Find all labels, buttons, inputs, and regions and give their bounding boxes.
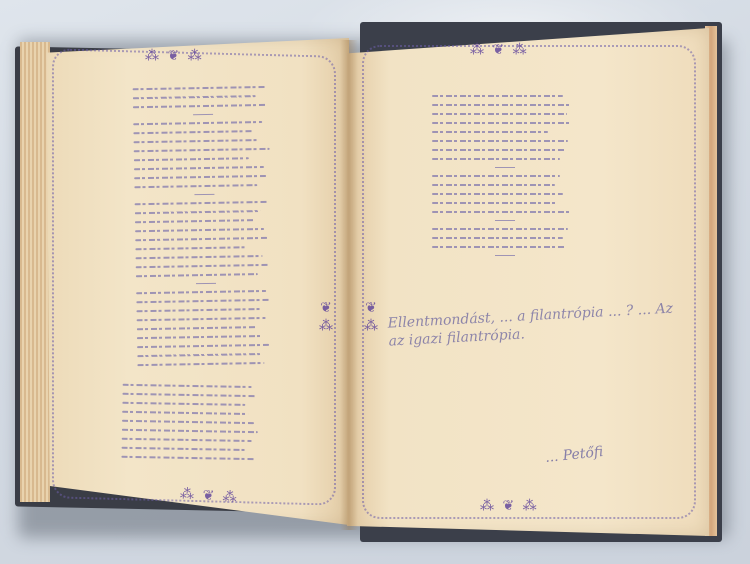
photo-scene: ⁂ ❦ ⁂ ⁂ ❦ ⁂ ⁂ ❦ ⁂ ⁂ ❦ ⁂ ❦⁂ ❦⁂ Ellentmond… [0, 0, 750, 564]
left-page-stanza-bottom [121, 377, 263, 467]
bottom-ornament-right: ⁂ ❦ ⁂ [480, 498, 539, 514]
book-gutter [340, 40, 358, 530]
top-ornament-right: ⁂ ❦ ⁂ [470, 42, 529, 58]
left-page-poem [132, 79, 277, 373]
page-stack-left [20, 42, 50, 502]
top-ornament-left: ⁂ ❦ ⁂ [145, 48, 204, 64]
side-ornament-left: ❦⁂ [318, 300, 334, 336]
right-page-poem [432, 88, 577, 262]
side-ornament-right: ❦⁂ [363, 300, 379, 336]
